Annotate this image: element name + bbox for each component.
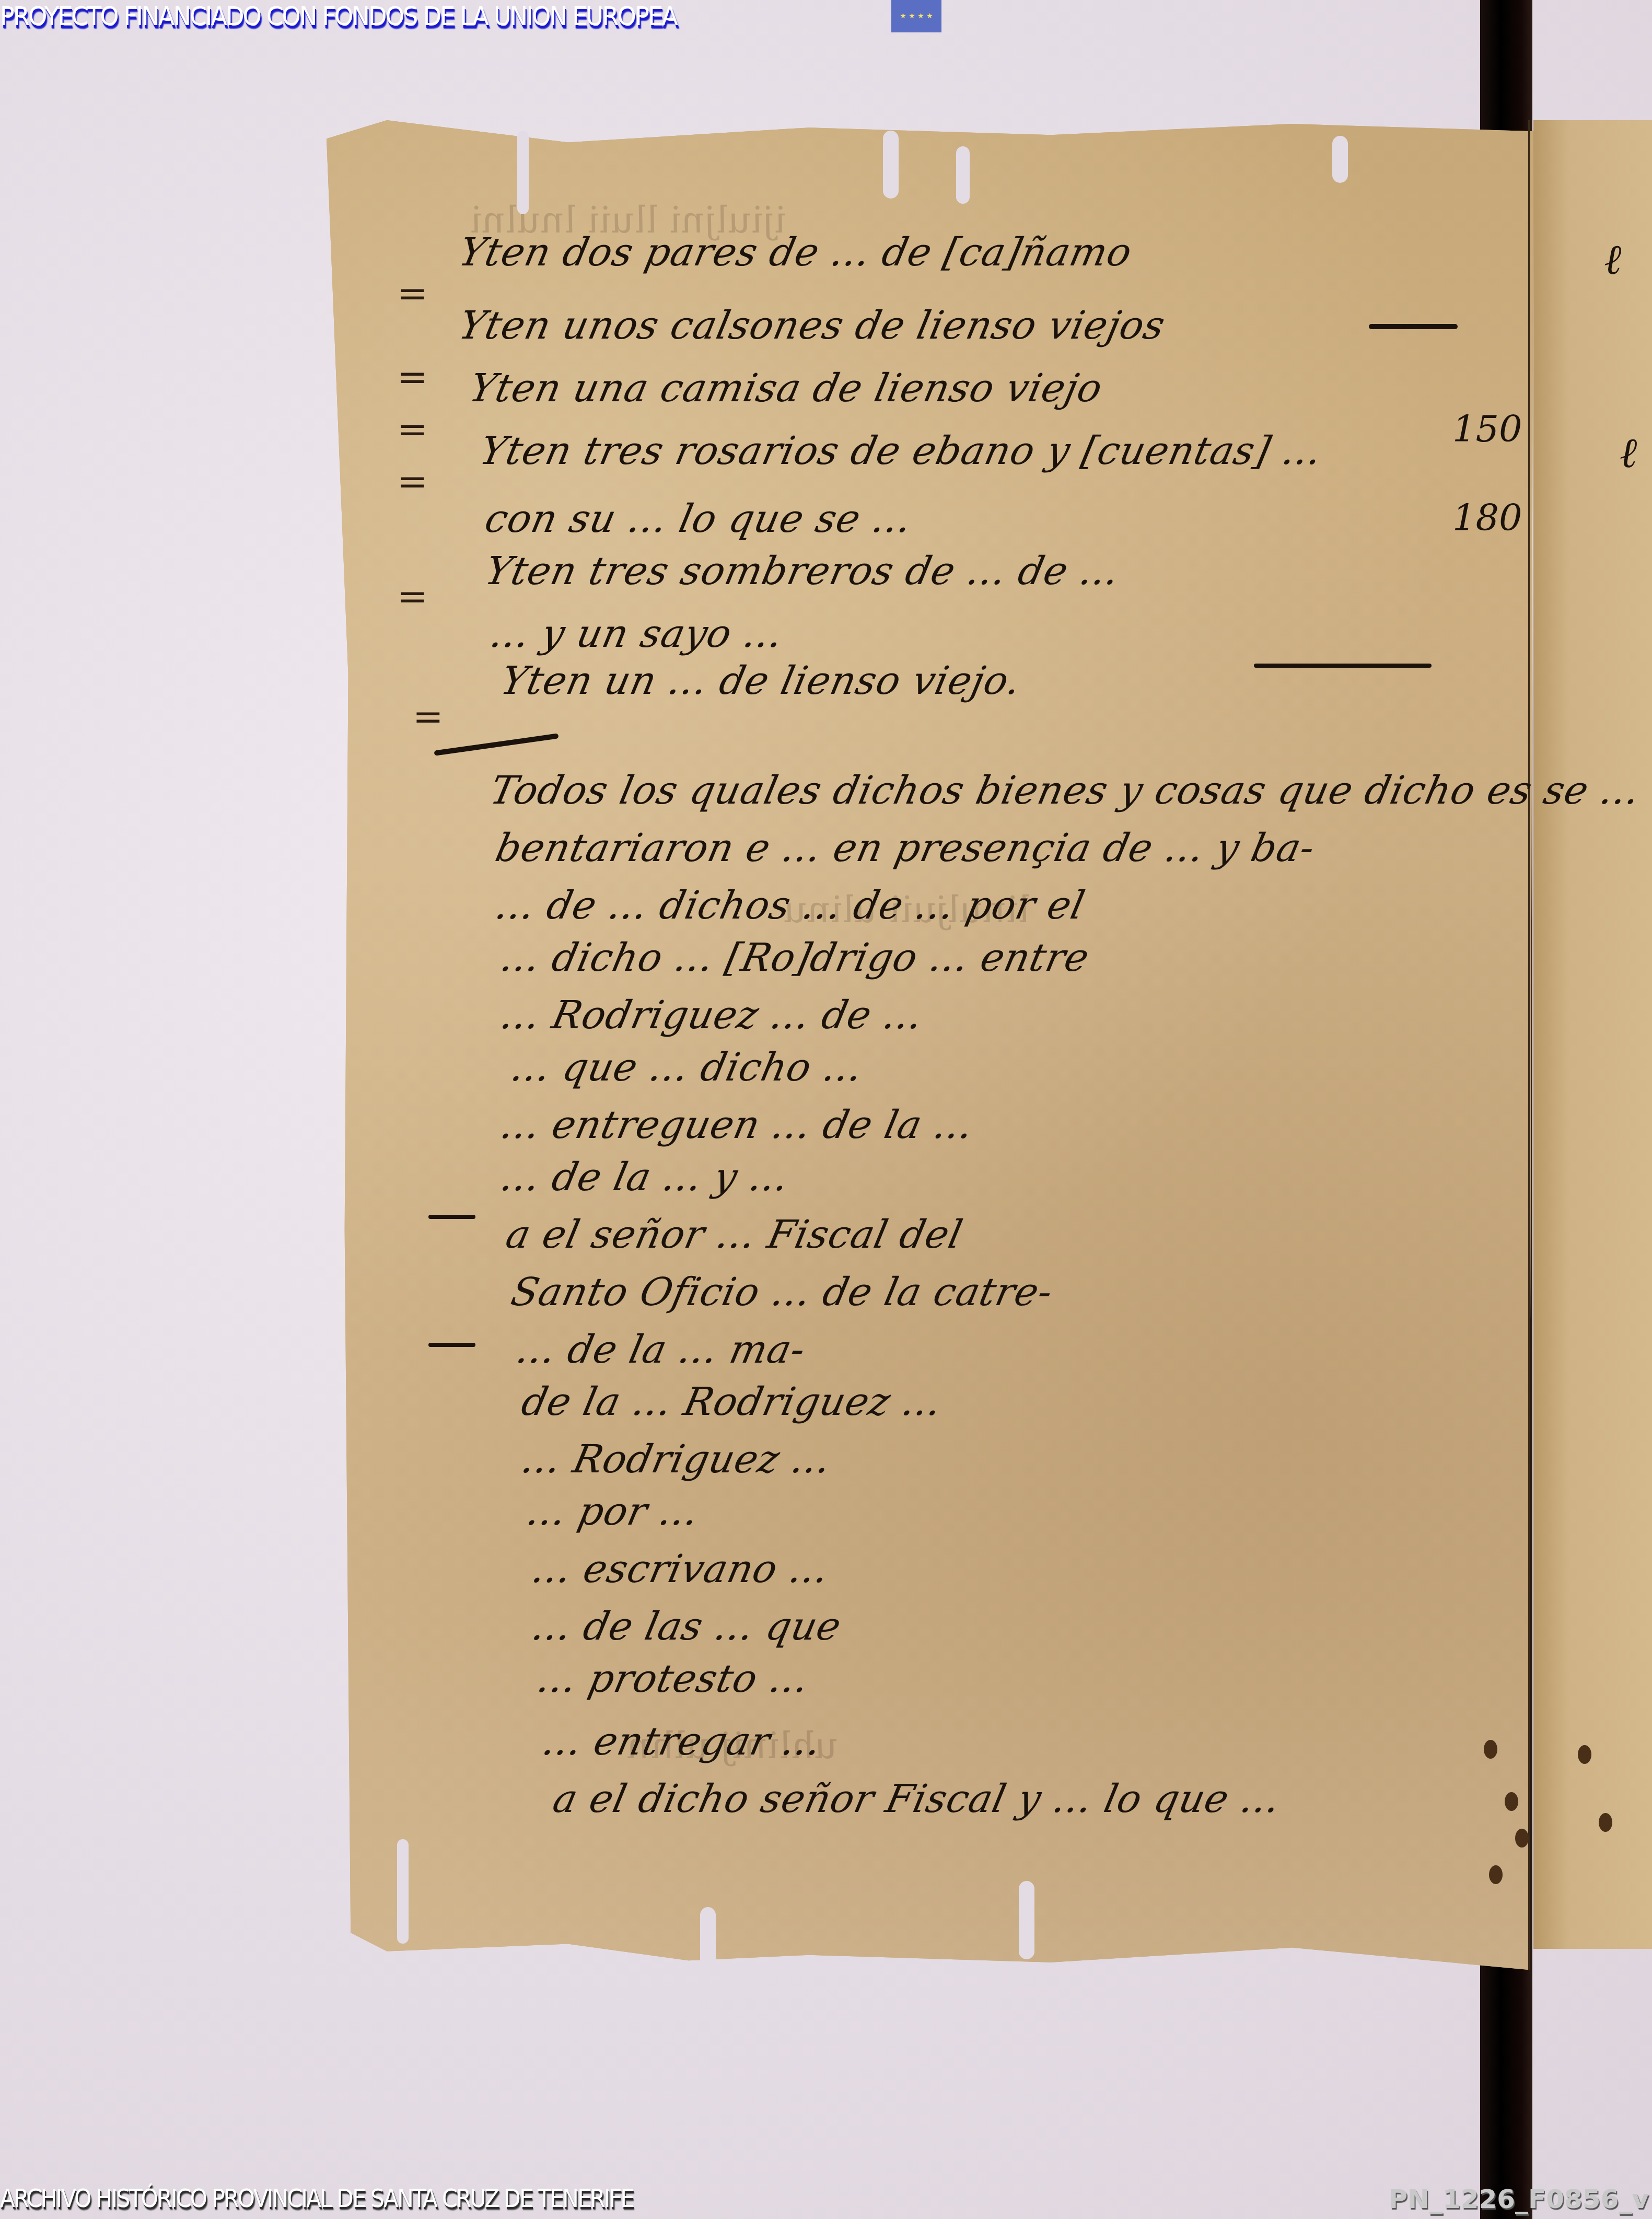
facing-page xyxy=(1533,120,1652,1949)
worm-hole xyxy=(1515,1829,1529,1848)
body-line: ... Rodriguez ... de ... xyxy=(497,993,927,1038)
archive-name: ARCHIVO HISTÓRICO PROVINCIAL DE SANTA CR… xyxy=(0,2184,633,2213)
eu-flag-icon: ★ ★ ★ ★ xyxy=(891,0,941,32)
paper-tear xyxy=(517,131,529,214)
margin-mark xyxy=(428,1343,475,1347)
paper-tear xyxy=(1332,136,1348,183)
line-terminator xyxy=(1369,324,1458,329)
list-mark: = xyxy=(397,355,428,398)
list-mark: = xyxy=(397,272,428,315)
body-line: ... Rodriguez ... xyxy=(518,1437,835,1482)
body-line: bentariaron e ... en presençia de ... y … xyxy=(492,826,1319,870)
worm-hole xyxy=(1505,1792,1518,1811)
eu-stars: ★ ★ ★ ★ xyxy=(900,12,933,20)
body-line: ... de la ... y ... xyxy=(497,1155,793,1200)
inventory-line: Yten tres sombreros de ... de ... xyxy=(481,549,1124,594)
inventory-line: Yten una camisa de lienso viejo xyxy=(466,366,1107,411)
worm-hole xyxy=(1578,1745,1591,1764)
inventory-line: Yten un ... de lienso viejo. xyxy=(497,658,1025,703)
body-line: ... protesto ... xyxy=(533,1656,813,1701)
body-line: ... de la ... ma- xyxy=(513,1327,810,1372)
paper-tear xyxy=(397,1839,409,1944)
list-mark: = xyxy=(397,575,428,618)
worm-hole xyxy=(1599,1813,1612,1832)
line-terminator xyxy=(1254,664,1432,668)
inventory-line: con su ... lo que se ... xyxy=(481,496,916,541)
margin-number: 180 xyxy=(1452,496,1522,539)
body-line: de la ... Rodriguez ... xyxy=(518,1379,946,1424)
worm-hole xyxy=(1484,1740,1497,1759)
paper-tear xyxy=(700,1907,716,1970)
margin-mark xyxy=(428,1215,475,1219)
body-line: ... de las ... que xyxy=(528,1604,845,1649)
body-line: ... de ... dichos ... de ... por el xyxy=(492,883,1089,928)
body-line: ... entregar ... xyxy=(539,1719,826,1764)
body-line: ... dicho ... [Ro]drigo ... entre xyxy=(497,935,1093,980)
worm-hole xyxy=(1489,1865,1503,1884)
funding-banner: PROYECTO FINANCIADO CON FONDOS DE LA UNI… xyxy=(0,0,677,32)
body-line: ... entreguen ... de la ... xyxy=(497,1102,978,1147)
paper-tear xyxy=(883,131,899,199)
body-line: ... escrivano ... xyxy=(528,1547,833,1591)
paper-tear xyxy=(956,146,970,204)
inventory-line: Yten dos pares de ... de [ca]ñamo xyxy=(455,230,1136,275)
list-mark: = xyxy=(397,408,428,450)
body-line: ... por ... xyxy=(523,1489,703,1534)
paper-tear xyxy=(1019,1881,1034,1959)
list-mark: = xyxy=(413,695,444,738)
inventory-line: Yten unos calsones de lienso viejos xyxy=(455,303,1169,348)
body-line: a el señor ... Fiscal del xyxy=(502,1212,967,1257)
body-line: Santo Oficio ... de la catre- xyxy=(507,1270,1057,1315)
image-code: PN_1226_F0856_v xyxy=(1388,2184,1649,2214)
list-mark: = xyxy=(397,460,428,503)
inventory-line: Yten tres rosarios de ebano y [cuentas] … xyxy=(476,428,1327,473)
margin-number: 150 xyxy=(1452,408,1522,450)
body-line: Todos los quales dichos bienes y cosas q… xyxy=(486,768,1644,813)
page-edge xyxy=(1528,120,1530,1970)
inventory-line: ... y un sayo ... xyxy=(486,611,787,656)
body-line: a el dicho señor Fiscal y ... lo que ... xyxy=(549,1776,1285,1821)
facing-page-text: ℓ xyxy=(1604,235,1621,284)
facing-page-text: ℓ xyxy=(1620,428,1637,478)
body-line: ... que ... dicho ... xyxy=(507,1045,867,1090)
